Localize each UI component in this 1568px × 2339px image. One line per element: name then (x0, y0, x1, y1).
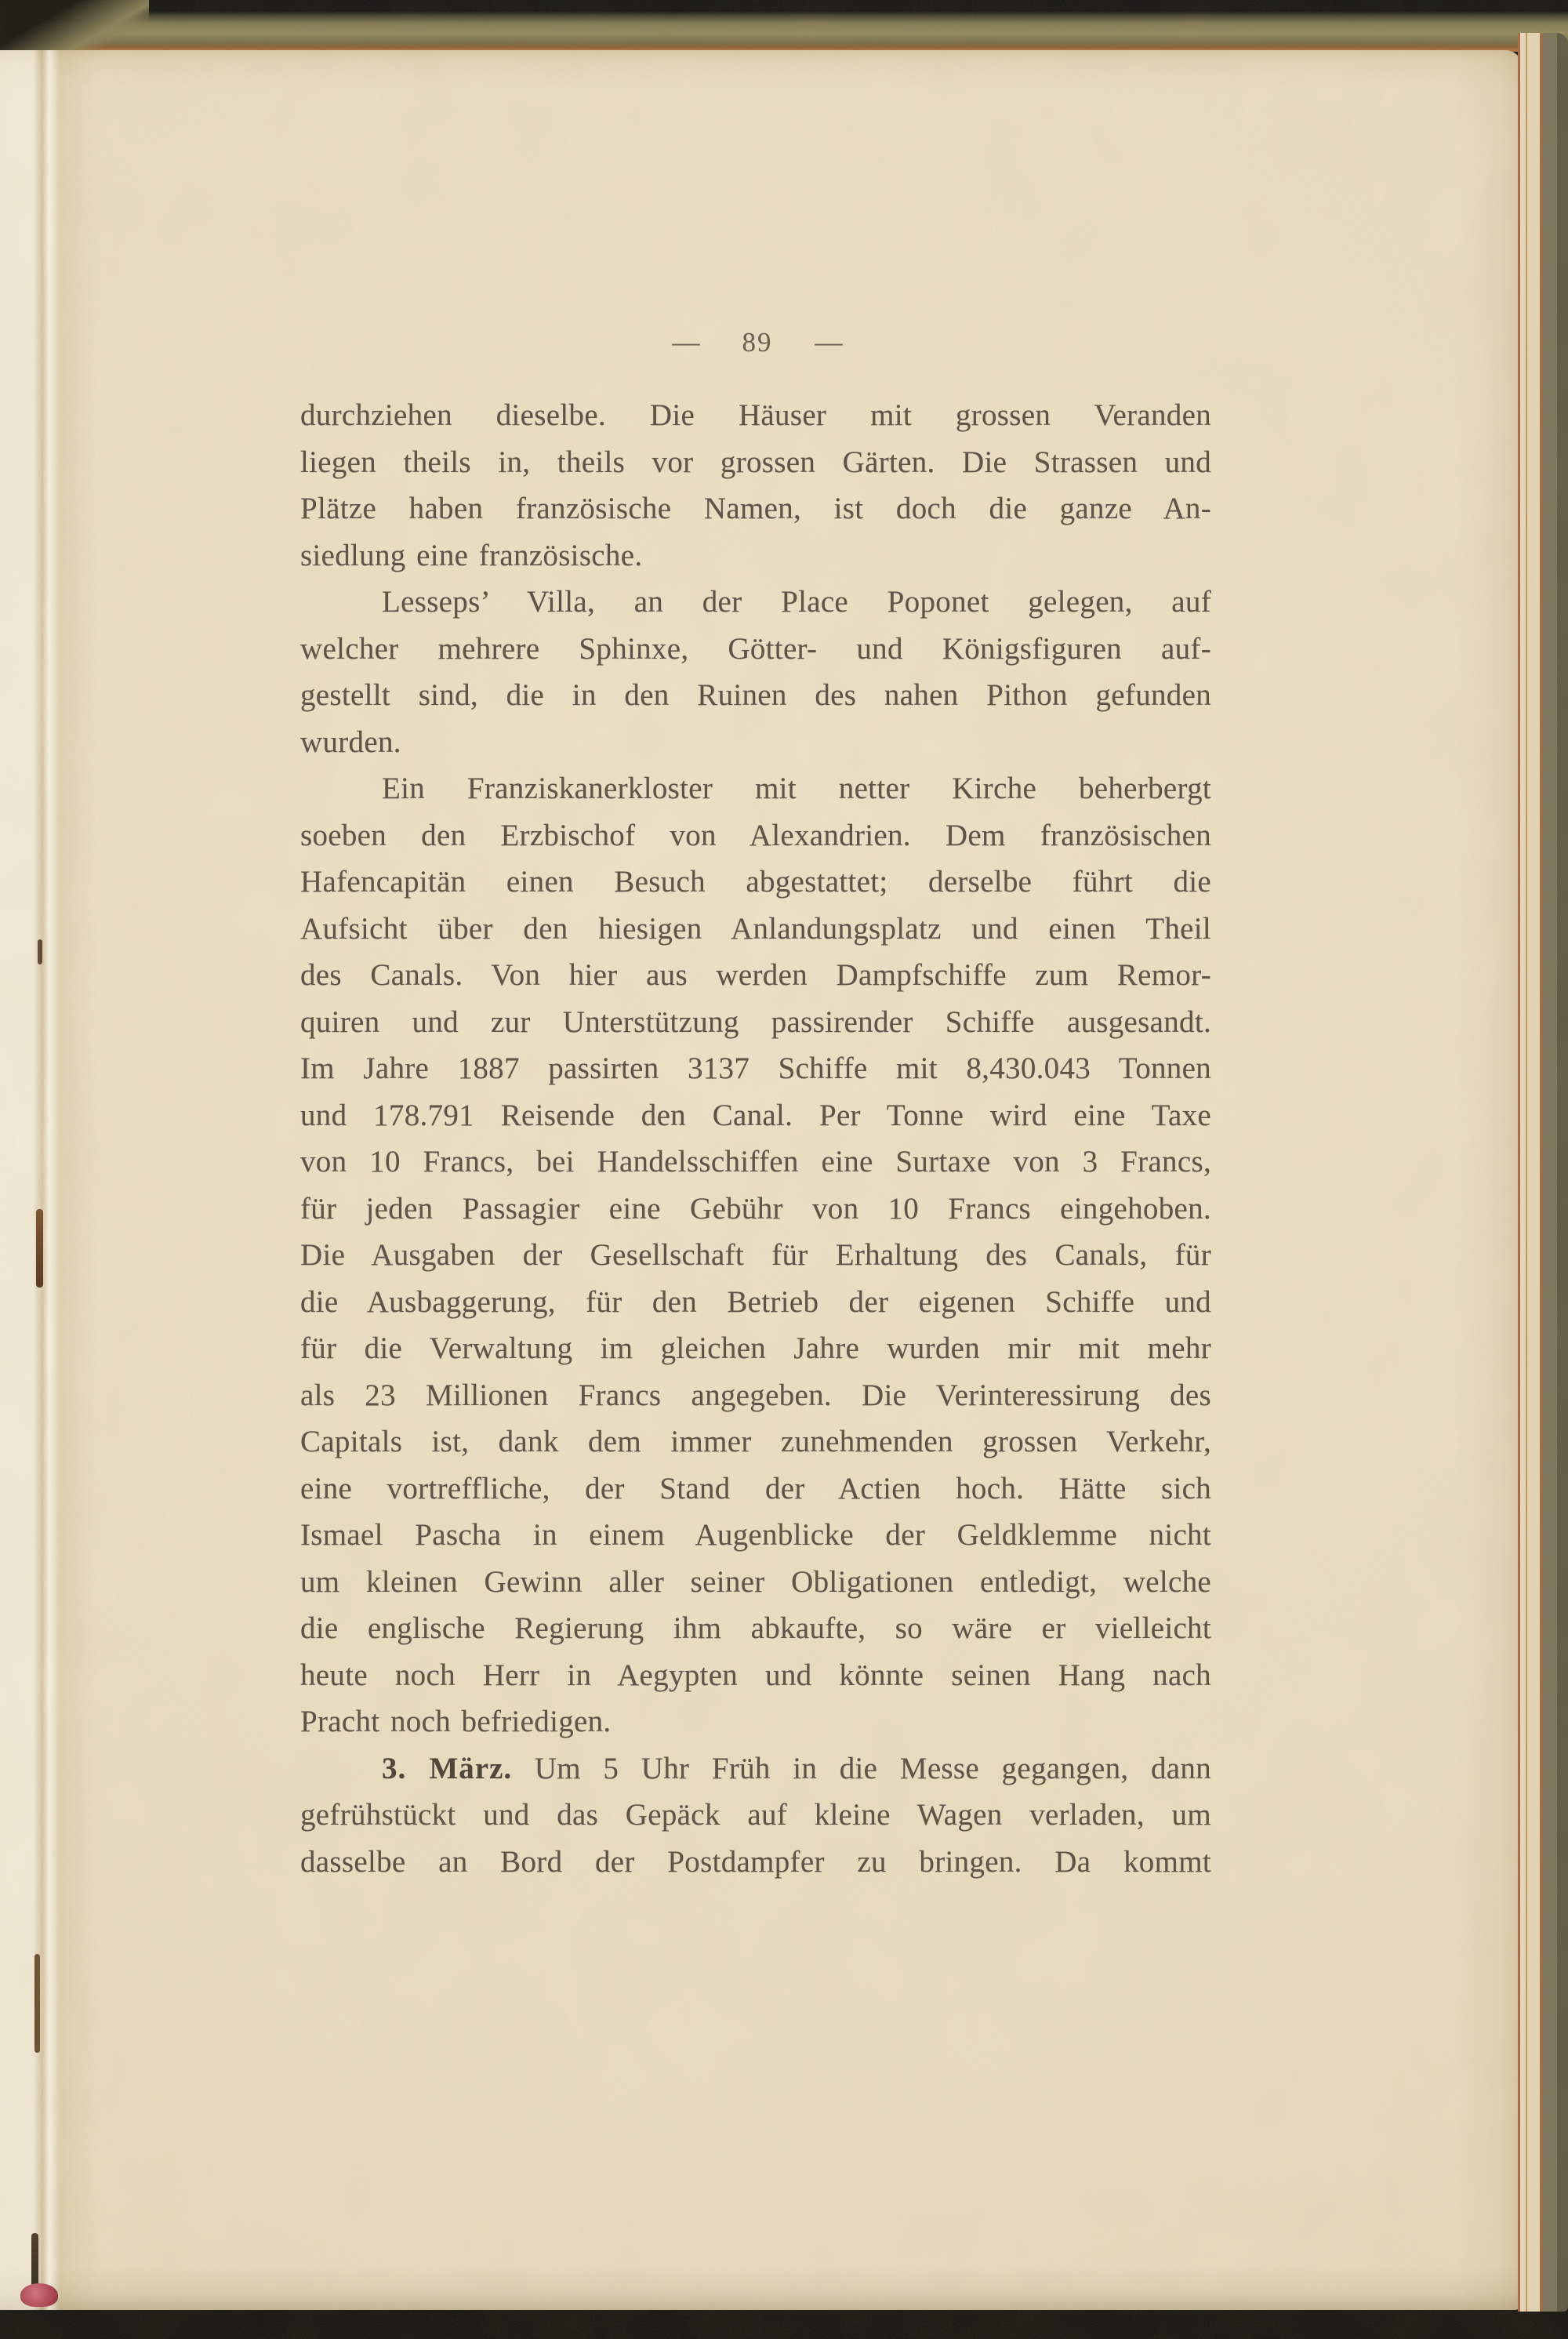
text-line: die Ausbaggerung, für den Betrieb der ei… (300, 1279, 1211, 1326)
text-line: Aufsicht über den hiesigen Anlandungspla… (300, 906, 1211, 953)
header-dash-left: — (673, 327, 700, 358)
text-line: dasselbe an Bord der Postdampfer zu brin… (300, 1839, 1211, 1886)
page-number: 89 (742, 327, 773, 358)
text-block: durchziehen dieselbe. Die Häuser mit gro… (300, 392, 1211, 1885)
text-line: 3. März. Um 5 Uhr Früh in die Messe gega… (300, 1745, 1211, 1792)
text-line: für jeden Passagier eine Gebühr von 10 F… (300, 1186, 1211, 1233)
text-line: Pracht noch befriedigen. (300, 1698, 1211, 1745)
text-line: Capitals ist, dank dem immer zunehmenden… (300, 1418, 1211, 1466)
book-fore-edge-and-cover (1518, 33, 1568, 2312)
text-line: soeben den Erzbischof von Alexandrien. D… (300, 812, 1211, 859)
page-header: — 89 — (673, 327, 843, 358)
gutter-stain (34, 1954, 40, 2053)
scan-background: { "document": { "type": "scanned-book-pa… (0, 0, 1568, 2339)
text-line: Lesseps’ Villa, an der Place Poponet gel… (300, 579, 1211, 626)
text-line: Hafencapitän einen Besuch abgestattet; d… (300, 859, 1211, 906)
text-line: des Canals. Von hier aus werden Dampfsch… (300, 952, 1211, 999)
text-line: durchziehen dieselbe. Die Häuser mit gro… (300, 392, 1211, 439)
text-line: Ismael Pascha in einem Augenblicke der G… (300, 1512, 1211, 1559)
text-line: eine vortreffliche, der Stand der Actien… (300, 1466, 1211, 1513)
text-line: von 10 Francs, bei Handelsschiffen eine … (300, 1139, 1211, 1186)
text-line: und 178.791 Reisende den Canal. Per Tonn… (300, 1092, 1211, 1139)
header-dash-right: — (815, 327, 843, 358)
text-line: welcher mehrere Sphinxe, Götter- und Kön… (300, 626, 1211, 673)
text-line: liegen theils in, theils vor grossen Gär… (300, 439, 1211, 486)
text-line: Ein Franziskanerkloster mit netter Kirch… (300, 765, 1211, 812)
gutter-stain (38, 939, 42, 964)
book-top-edge (0, 0, 1568, 52)
text-line: für die Verwaltung im gleichen Jahre wur… (300, 1325, 1211, 1372)
text-line: gefrühstückt und das Gepäck auf kleine W… (300, 1792, 1211, 1839)
text-line: heute noch Herr in Aegypten und könnte s… (300, 1652, 1211, 1699)
gutter-stain (36, 1209, 43, 1288)
text-line: Plätze haben französische Namen, ist doc… (300, 485, 1211, 532)
text-line: als 23 Millionen Francs angegeben. Die V… (300, 1372, 1211, 1419)
headband-pink-spot (20, 2283, 58, 2307)
text-line: um kleinen Gewinn aller seiner Obligatio… (300, 1559, 1211, 1606)
text-line: quiren und zur Unterstützung passirender… (300, 999, 1211, 1046)
text-line: siedlung eine französische. (300, 532, 1211, 579)
text-line: Im Jahre 1887 passirten 3137 Schiffe mit… (300, 1045, 1211, 1092)
text-line: gestellt sind, die in den Ruinen des nah… (300, 672, 1211, 719)
text-line: Die Ausgaben der Gesellschaft für Erhalt… (300, 1232, 1211, 1279)
text-line: wurden. (300, 719, 1211, 766)
text-line: die englische Regierung ihm abkaufte, so… (300, 1605, 1211, 1652)
